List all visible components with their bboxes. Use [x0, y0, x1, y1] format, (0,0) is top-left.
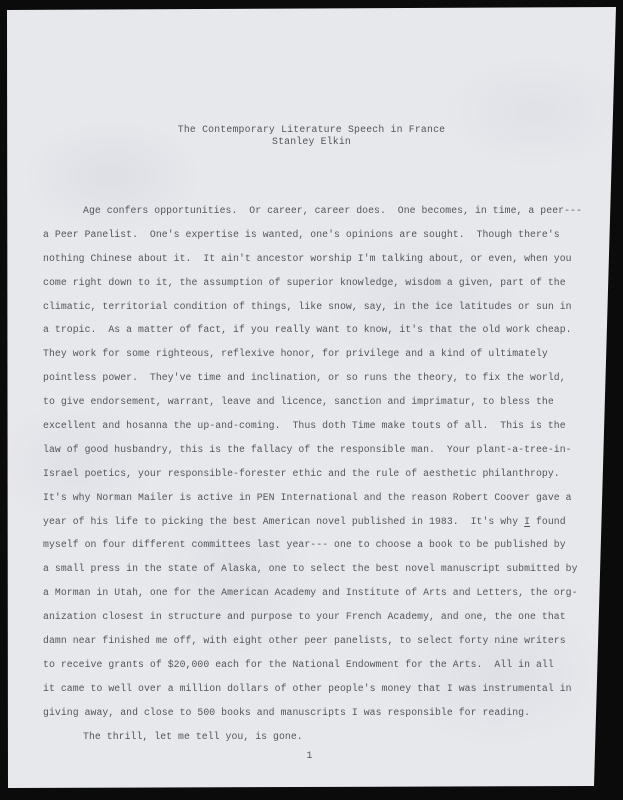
page-number: 1 — [0, 750, 619, 762]
text-line: a Morman in Utah, one for the American A… — [43, 581, 583, 605]
text-line: They work for some righteous, reflexive … — [43, 342, 583, 366]
title-block: The Contemporary Literature Speech in Fr… — [0, 124, 623, 148]
text-line: The thrill, let me tell you, is gone. — [43, 725, 583, 749]
paper-page: The Contemporary Literature Speech in Fr… — [0, 0, 623, 800]
text-line: law of good husbandry, this is the falla… — [43, 438, 583, 462]
text-line: to give endorsement, warrant, leave and … — [43, 390, 583, 414]
text-line: climatic, territorial condition of thing… — [43, 295, 583, 319]
text-line: giving away, and close to 500 books and … — [43, 701, 583, 725]
scanned-document: The Contemporary Literature Speech in Fr… — [0, 0, 623, 800]
document-title: The Contemporary Literature Speech in Fr… — [0, 124, 623, 136]
text-line: to receive grants of $20,000 each for th… — [43, 653, 583, 677]
text-line: excellent and hosanna the up-and-coming.… — [43, 414, 583, 438]
text-line: pointless power. They've time and inclin… — [43, 366, 583, 390]
text-line: Age confers opportunities. Or career, ca… — [43, 199, 583, 223]
text-line: a small press in the state of Alaska, on… — [43, 557, 583, 581]
text-line: come right down to it, the assumption of… — [43, 271, 583, 295]
text-line: myself on four different committees last… — [43, 533, 583, 557]
text-line: anization closest in structure and purpo… — [43, 605, 583, 629]
document-body: Age confers opportunities. Or career, ca… — [43, 199, 583, 748]
text-line: It's why Norman Mailer is active in PEN … — [43, 486, 583, 510]
text-line: a tropic. As a matter of fact, if you re… — [43, 318, 583, 342]
text-line: damn near finished me off, with eight ot… — [43, 629, 583, 653]
text-line: nothing Chinese about it. It ain't ances… — [43, 247, 583, 271]
text-line: Israel poetics, your responsible-foreste… — [43, 462, 583, 486]
text-line: year of his life to picking the best Ame… — [43, 510, 583, 534]
text-line: a Peer Panelist. One's expertise is want… — [43, 223, 583, 247]
document-author: Stanley Elkin — [0, 136, 623, 148]
text-line: it came to well over a million dollars o… — [43, 677, 583, 701]
